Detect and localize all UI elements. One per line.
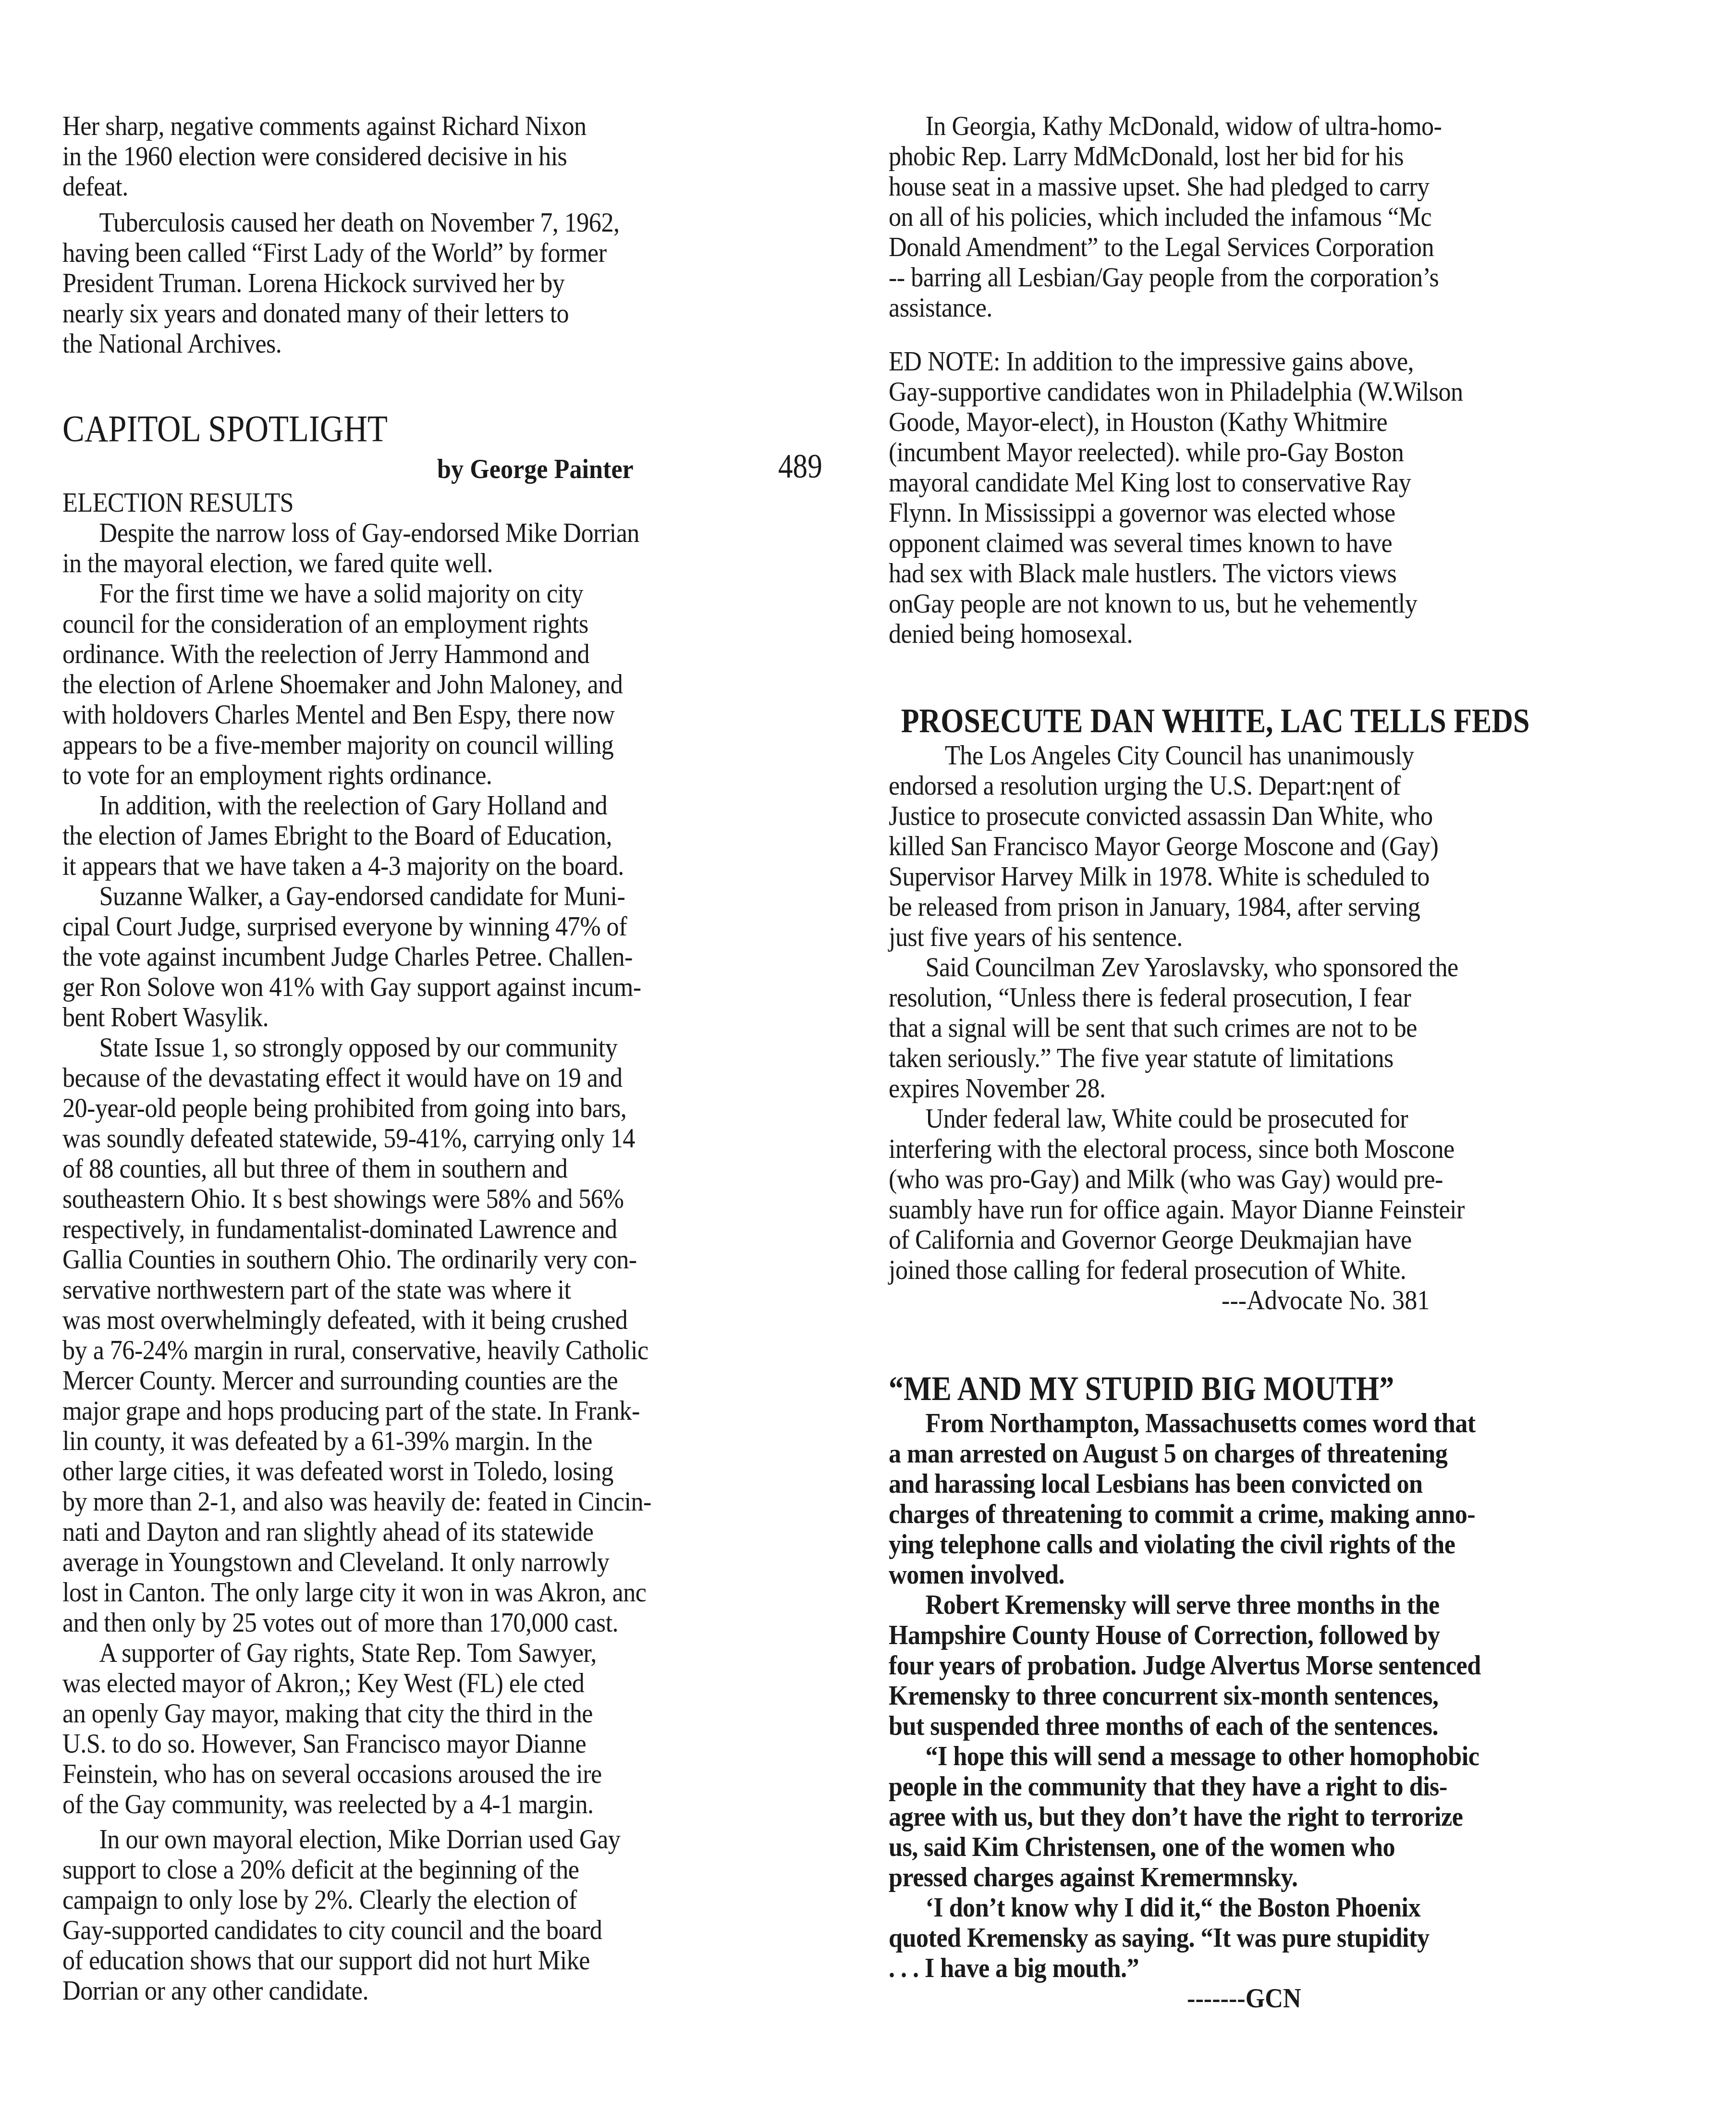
text-line: cipal Court Judge, surprised everyone by… — [62, 911, 651, 941]
text-line: A supporter of Gay rights, State Rep. To… — [62, 1637, 651, 1668]
text-line: southeastern Ohio. It s best showings we… — [62, 1183, 651, 1214]
text-line: Feinstein, who has on several occasions … — [62, 1758, 651, 1789]
text-line: of California and Governor George Deukma… — [889, 1224, 1560, 1254]
text-line: ‘I don’t know why I did it,“ the Boston … — [889, 1892, 1481, 1922]
text-line: quoted Kremensky as saying. “It was pure… — [889, 1922, 1481, 1953]
text-line: opponent claimed was several times known… — [889, 528, 1463, 558]
text-line: of 88 counties, all but three of them in… — [62, 1153, 651, 1183]
text-line: ordinance. With the reelection of Jerry … — [62, 639, 651, 669]
text-line: with holdovers Charles Mentel and Ben Es… — [62, 699, 651, 729]
text-line: support to close a 20% deficit at the be… — [62, 1854, 651, 1884]
text-line: nati and Dayton and ran slightly ahead o… — [62, 1516, 651, 1547]
text-line: (who was pro-Gay) and Milk (who was Gay)… — [889, 1164, 1560, 1194]
text-line: bent Robert Wasylik. — [62, 1002, 651, 1032]
text-line: by a 76-24% margin in rural, conservativ… — [62, 1335, 651, 1365]
text-line: Flynn. In Mississippi a governor was ele… — [889, 497, 1463, 528]
text-line: just five years of his sentence. — [889, 921, 1560, 952]
text-line: endorsed a resolution urging the U.S. De… — [889, 770, 1560, 800]
text-line: by more than 2-1, and also was heavily d… — [62, 1486, 651, 1516]
text-line: . . . I have a big mouth.” — [889, 1953, 1481, 1983]
text-line: respectively, in fundamentalist-dominate… — [62, 1214, 651, 1244]
text-line: President Truman. Lorena Hickock survive… — [62, 268, 619, 298]
text-line: to vote for an employment rights ordinan… — [62, 760, 651, 790]
page-number: 489 — [778, 446, 822, 486]
georgia-item: In Georgia, Kathy McDonald, widow of ult… — [889, 111, 1503, 322]
text-line: “I hope this will send a message to othe… — [889, 1741, 1481, 1771]
section-subhead: ELECTION RESULTS — [62, 487, 651, 517]
text-line: ger Ron Solove won 41% with Gay support … — [62, 971, 651, 1002]
text-line: mayoral candidate Mel King lost to conse… — [889, 467, 1463, 497]
text-line: appears to be a five-member majority on … — [62, 729, 651, 760]
text-line: us, said Kim Christensen, one of the wom… — [889, 1831, 1481, 1862]
text-line: Under federal law, White could be prosec… — [889, 1103, 1560, 1133]
article-title: PROSECUTE DAN WHITE, LAC TELLS FEDS — [889, 701, 1530, 740]
text-line: onGay people are not known to us, but he… — [889, 588, 1463, 618]
text-line: assistance. — [889, 292, 1442, 322]
text-line: lin county, it was defeated by a 61-39% … — [62, 1425, 651, 1456]
text-line: Goode, Mayor-elect), in Houston (Kathy W… — [889, 406, 1463, 437]
text-line: the vote against incumbent Judge Charles… — [62, 941, 651, 971]
text-line: Dorrian or any other candidate. — [62, 1975, 651, 2005]
text-line: was most overwhelmingly defeated, with i… — [62, 1304, 651, 1335]
text-line: of the Gay community, was reelected by a… — [62, 1789, 651, 1819]
text-line: Her sharp, negative comments against Ric… — [62, 111, 619, 141]
text-line: 20-year-old people being prohibited from… — [62, 1093, 651, 1123]
text-line: State Issue 1, so strongly opposed by ou… — [62, 1032, 651, 1062]
text-line: Suzanne Walker, a Gay-endorsed candidate… — [62, 881, 651, 911]
text-line: suambly have run for office again. Mayor… — [889, 1194, 1560, 1224]
text-line: the election of Arlene Shoemaker and Joh… — [62, 669, 651, 699]
text-line: ying telephone calls and violating the c… — [889, 1529, 1481, 1559]
text-line: four years of probation. Judge Alvertus … — [889, 1650, 1481, 1680]
text-line: From Northampton, Massachusetts comes wo… — [889, 1408, 1481, 1438]
text-line: people in the community that they have a… — [889, 1771, 1481, 1801]
text-line: Supervisor Harvey Milk in 1978. White is… — [889, 861, 1560, 891]
text-line: Mercer County. Mercer and surrounding co… — [62, 1365, 651, 1395]
text-line: Donald Amendment” to the Legal Services … — [889, 232, 1442, 262]
text-line: lost in Canton. The only large city it w… — [62, 1577, 651, 1607]
text-line: was elected mayor of Akron,; Key West (F… — [62, 1668, 651, 1698]
dan-white-article: PROSECUTE DAN WHITE, LAC TELLS FEDS The … — [889, 701, 1634, 1315]
text-line: (incumbent Mayor reelected). while pro-G… — [889, 437, 1463, 467]
text-line: joined those calling for federal prosecu… — [889, 1254, 1560, 1285]
text-line: In addition, with the reelection of Gary… — [62, 790, 651, 820]
text-line: -- barring all Lesbian/Gay people from t… — [889, 262, 1442, 292]
text-line: in the 1960 election were considered dec… — [62, 141, 619, 171]
text-line: In our own mayoral election, Mike Dorria… — [62, 1824, 651, 1854]
text-line: Robert Kremensky will serve three months… — [889, 1589, 1481, 1620]
text-line: defeat. — [62, 171, 619, 201]
byline: by George Painter — [437, 454, 634, 484]
text-line: resolution, “Unless there is federal pro… — [889, 982, 1560, 1012]
text-line: a man arrested on August 5 on charges of… — [889, 1438, 1481, 1468]
text-line: but suspended three months of each of th… — [889, 1710, 1481, 1741]
article-title: “ME AND MY STUPID BIG MOUTH” — [889, 1369, 1455, 1408]
text-line: Gallia Counties in southern Ohio. The or… — [62, 1244, 651, 1274]
text-line: For the first time we have a solid major… — [62, 578, 651, 608]
text-line: nearly six years and donated many of the… — [62, 298, 619, 328]
text-line: expires November 28. — [889, 1073, 1560, 1103]
text-line: Said Councilman Zev Yaroslavsky, who spo… — [889, 952, 1560, 982]
text-line: taken seriously.” The five year statute … — [889, 1043, 1560, 1073]
text-line: council for the consideration of an empl… — [62, 608, 651, 639]
intro-continuation: Her sharp, negative comments against Ric… — [62, 111, 681, 358]
capitol-spotlight-article: CAPITOL SPOTLIGHT by George Painter 489 … — [62, 408, 717, 2005]
text-line: on all of his policies, which included t… — [889, 201, 1442, 232]
text-line: servative northwestern part of the state… — [62, 1274, 651, 1304]
text-line: killed San Francisco Mayor George Moscon… — [889, 831, 1560, 861]
text-line: it appears that we have taken a 4-3 majo… — [62, 850, 651, 881]
text-line: Kremensky to three concurrent six-month … — [889, 1680, 1481, 1710]
text-line: the election of James Ebright to the Boa… — [62, 820, 651, 850]
text-line: phobic Rep. Larry MdMcDonald, lost her b… — [889, 141, 1442, 171]
text-line: Tuberculosis caused her death on Novembe… — [62, 207, 619, 237]
source-attribution: ---Advocate No. 381 — [889, 1285, 1560, 1315]
text-line: and harassing local Lesbians has been co… — [889, 1468, 1481, 1499]
text-line: be released from prison in January, 1984… — [889, 891, 1560, 921]
editor-note: ED NOTE: In addition to the impressive g… — [889, 346, 1527, 649]
text-line: of education shows that our support did … — [62, 1945, 651, 1975]
big-mouth-article: “ME AND MY STUPID BIG MOUTH” From Northa… — [889, 1369, 1547, 2013]
text-line: The Los Angeles City Council has unanimo… — [889, 740, 1560, 770]
text-line: that a signal will be sent that such cri… — [889, 1012, 1560, 1043]
text-line: interfering with the electoral process, … — [889, 1133, 1560, 1164]
newsletter-page: Her sharp, negative comments against Ric… — [0, 0, 1736, 2101]
text-line: women involved. — [889, 1559, 1481, 1589]
source-attribution: -------GCN — [889, 1983, 1481, 2013]
text-line: having been called “First Lady of the Wo… — [62, 237, 619, 268]
text-line: house seat in a massive upset. She had p… — [889, 171, 1442, 201]
text-line: Gay-supported candidates to city council… — [62, 1915, 651, 1945]
text-line: in the mayoral election, we fared quite … — [62, 548, 651, 578]
text-line: denied being homosexal. — [889, 618, 1463, 649]
text-line: pressed charges against Kremermnsky. — [889, 1862, 1481, 1892]
text-line: other large cities, it was defeated wors… — [62, 1456, 651, 1486]
text-line: was soundly defeated statewide, 59-41%, … — [62, 1123, 651, 1153]
text-line: In Georgia, Kathy McDonald, widow of ult… — [889, 111, 1442, 141]
text-line: ED NOTE: In addition to the impressive g… — [889, 346, 1463, 376]
text-line: had sex with Black male hustlers. The vi… — [889, 558, 1463, 588]
text-line: and then only by 25 votes out of more th… — [62, 1607, 651, 1637]
article-title: CAPITOL SPOTLIGHT — [62, 408, 638, 449]
text-line: campaign to only lose by 2%. Clearly the… — [62, 1884, 651, 1915]
text-line: an openly Gay mayor, making that city th… — [62, 1698, 651, 1728]
text-line: Hampshire County House of Correction, fo… — [889, 1620, 1481, 1650]
text-line: Justice to prosecute convicted assassin … — [889, 800, 1560, 831]
text-line: average in Youngstown and Cleveland. It … — [62, 1547, 651, 1577]
text-line: charges of threatening to commit a crime… — [889, 1499, 1481, 1529]
text-line: the National Archives. — [62, 328, 619, 358]
text-line: Gay-supportive candidates won in Philade… — [889, 376, 1463, 406]
text-line: because of the devastating effect it wou… — [62, 1062, 651, 1093]
text-line: agree with us, but they don’t have the r… — [889, 1801, 1481, 1831]
text-line: U.S. to do so. However, San Francisco ma… — [62, 1728, 651, 1758]
text-line: major grape and hops producing part of t… — [62, 1395, 651, 1425]
text-line: Despite the narrow loss of Gay-endorsed … — [62, 517, 651, 548]
